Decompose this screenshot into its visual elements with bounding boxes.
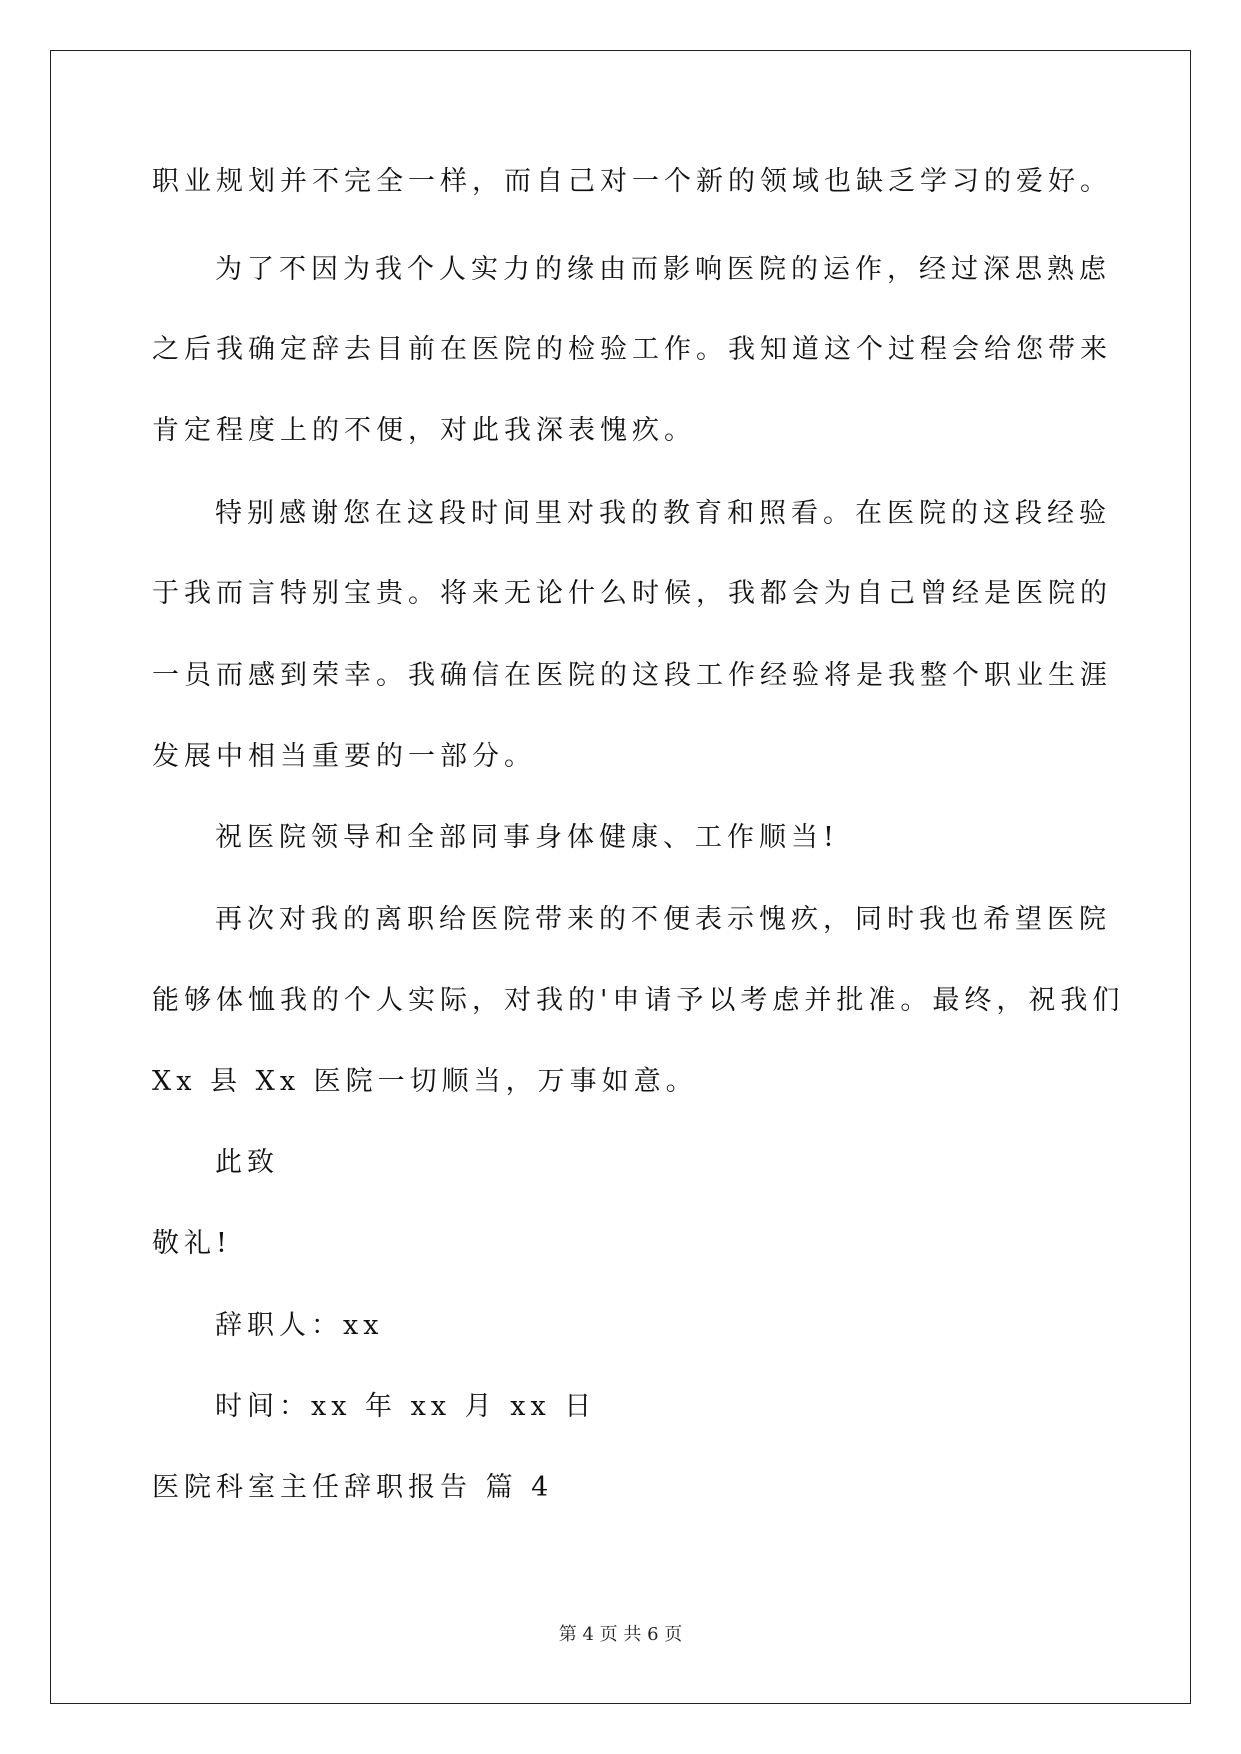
signature-line: 辞职人：xx [215, 1306, 383, 1346]
page-number-footer: 第 4 页 共 6 页 [0, 1620, 1241, 1646]
paragraph-line: 之后我确定辞去目前在医院的检验工作。我知道这个过程会给您带来 [152, 330, 1112, 370]
paragraph-line: 再次对我的离职给医院带来的不便表示愧疚，同时我也希望医院 [215, 900, 1111, 940]
section-heading: 医院科室主任辞职报告 篇 4 [152, 1468, 553, 1508]
salutation-line: 敬礼! [152, 1224, 232, 1264]
paragraph-line: 一员而感到荣幸。我确信在医院的这段工作经验将是我整个职业生涯 [152, 656, 1112, 696]
paragraph-line: 发展中相当重要的一部分。 [152, 737, 536, 777]
paragraph-line: 能够体恤我的个人实际，对我的'申请予以考虑并批准。最终，祝我们 [152, 981, 1124, 1021]
paragraph-line: 特别感谢您在这段时间里对我的教育和照看。在医院的这段经验 [215, 494, 1111, 534]
paragraph-line: 肯定程度上的不便，对此我深表愧疚。 [152, 411, 696, 451]
paragraph-line: 祝医院领导和全部同事身体健康、工作顺当! [215, 818, 839, 858]
paragraph-line: 于我而言特别宝贵。将来无论什么时候，我都会为自己曾经是医院的 [152, 574, 1112, 614]
date-line: 时间：xx 年 xx 月 xx 日 [215, 1387, 596, 1427]
paragraph-line: Xx 县 Xx 医院一切顺当，万事如意。 [152, 1062, 698, 1102]
paragraph-line: 为了不因为我个人实力的缘由而影响医院的运作，经过深思熟虑 [215, 250, 1111, 290]
page-border [50, 50, 1191, 1704]
paragraph-line: 职业规划并不完全一样，而自己对一个新的领域也缺乏学习的爱好。 [152, 162, 1112, 202]
closing-line: 此致 [215, 1143, 279, 1183]
